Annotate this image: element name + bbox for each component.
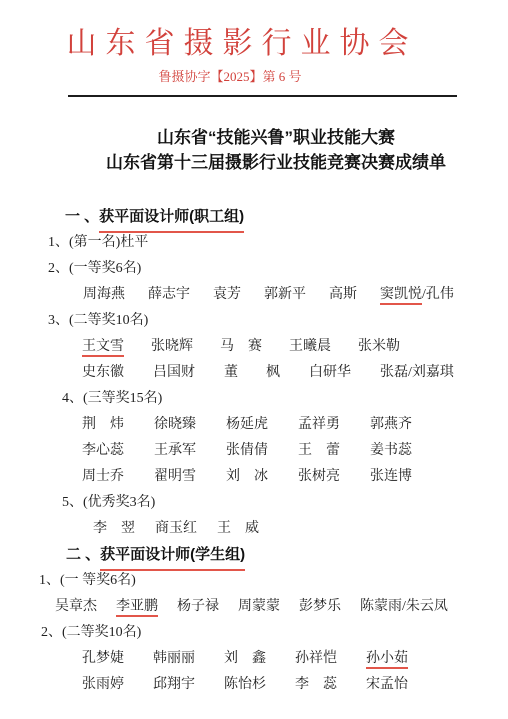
section-heading-title: 获平面设计师(职工组) [99, 204, 244, 233]
doc-title-line1: 山东省“技能兴鲁”职业技能大赛 [44, 125, 508, 150]
name-text: 姜书蕊 [370, 443, 412, 458]
winner-name: 刘 鑫 [224, 646, 266, 672]
award-group-label: 2、(二等奖10名) [0, 620, 508, 646]
winner-name: 王 威 [217, 516, 259, 542]
org-title: 山东省摄影行业协会 [0, 26, 508, 62]
winner-name: 袁芳 [213, 282, 241, 308]
name-text: 荆 炜 [82, 417, 124, 432]
winner-name: 张连博 [370, 464, 412, 490]
winner-row: 李心蕊王承军张倩倩王 蕾姜书蕊 [0, 438, 508, 464]
name-text: 陈怡杉 [224, 677, 266, 692]
award-group-text: 4、(三等奖15名) [62, 386, 162, 412]
winner-name: 吕国财 [153, 360, 195, 386]
award-group-label: 1、(一 等奖6名) [0, 568, 508, 594]
name-text: 白研华 [309, 365, 351, 380]
name-text: 徐晓臻 [154, 417, 196, 432]
winner-name: 周海燕 [83, 282, 125, 308]
name-text: 董 枫 [224, 365, 280, 380]
name-text: 王 蕾 [298, 443, 340, 458]
winner-name: 张倩倩 [226, 438, 268, 464]
award-group-text: 1、(一 等奖6名) [39, 568, 136, 594]
award-group-text: 1、(第一名)杜平 [48, 230, 148, 256]
name-text: 张晓辉 [151, 339, 193, 354]
winner-name: 郭燕齐 [370, 412, 412, 438]
name-text: 陈蒙雨/朱云凤 [360, 599, 448, 614]
winner-name: 杨延虎 [226, 412, 268, 438]
underlined-name: 李亚鹏 [116, 599, 158, 617]
winner-name: 张晓辉 [151, 334, 193, 360]
winner-row: 史东徽吕国财董 枫白研华张磊/刘嘉琪 [0, 360, 508, 386]
winner-name: 白研华 [309, 360, 351, 386]
name-text: 李 翌 [93, 521, 135, 536]
winner-name: 商玉红 [155, 516, 197, 542]
name-text: 杨子禄 [177, 599, 219, 614]
winner-name: 周士乔 [82, 464, 124, 490]
section-heading-number: 二 、 [66, 542, 100, 568]
winner-name: 张树亮 [298, 464, 340, 490]
name-text: /孔伟 [422, 287, 454, 302]
winner-name: 陈蒙雨/朱云凤 [360, 594, 448, 620]
name-text: 周蒙蒙 [238, 599, 280, 614]
winner-name: 薛志宇 [148, 282, 190, 308]
winner-name: 史东徽 [82, 360, 124, 386]
name-text: 彭梦乐 [299, 599, 341, 614]
results-body: 一 、获平面设计师(职工组)1、(第一名)杜平2、(一等奖6名)周海燕薛志宇袁芳… [0, 204, 508, 698]
winner-name: 王 蕾 [298, 438, 340, 464]
name-text: 2、(一等奖6名) [48, 261, 141, 276]
section-heading-title: 获平面设计师(学生组) [100, 542, 245, 571]
name-text: 薛志宇 [148, 287, 190, 302]
name-text: 王 威 [217, 521, 259, 536]
name-text: 袁芳 [213, 287, 241, 302]
name-text: 张连博 [370, 469, 412, 484]
section-heading: 二 、获平面设计师(学生组) [0, 542, 508, 568]
winner-name: 孙小茹 [366, 646, 408, 672]
winner-name: 王承军 [154, 438, 196, 464]
winner-row: 吴章杰李亚鹏杨子禄周蒙蒙彭梦乐陈蒙雨/朱云凤 [0, 594, 508, 620]
name-text: 杨延虎 [226, 417, 268, 432]
name-text: 邱翔宇 [153, 677, 195, 692]
winner-name: 彭梦乐 [299, 594, 341, 620]
winner-row: 周海燕薛志宇袁芳郭新平高斯窦凯悦/孔伟 [0, 282, 508, 308]
name-text: 1、(一 等奖6名) [39, 573, 136, 588]
name-text: 史东徽 [82, 365, 124, 380]
name-text: 孟祥勇 [298, 417, 340, 432]
winner-row: 荆 炜徐晓臻杨延虎孟祥勇郭燕齐 [0, 412, 508, 438]
winner-name: 姜书蕊 [370, 438, 412, 464]
award-group-label: 1、(第一名)杜平 [0, 230, 508, 256]
winner-name: 宋孟怡 [366, 672, 408, 698]
winner-name: 高斯 [329, 282, 357, 308]
winner-name: 董 枫 [224, 360, 280, 386]
award-group-text: 3、(二等奖10名) [48, 308, 148, 334]
name-text: 郭新平 [264, 287, 306, 302]
name-text: 王承军 [154, 443, 196, 458]
winner-row: 孔梦婕韩丽丽刘 鑫孙祥恺孙小茹 [0, 646, 508, 672]
winner-row: 周士乔翟明雪刘 冰张树亮张连博 [0, 464, 508, 490]
name-text: 周海燕 [83, 287, 125, 302]
winner-name: 张米勒 [358, 334, 400, 360]
name-text: 李心蕊 [82, 443, 124, 458]
winner-name: 张磊/刘嘉琪 [380, 360, 454, 386]
name-text: 李 蕊 [295, 677, 337, 692]
award-group-text: 5、(优秀奖3名) [62, 490, 155, 516]
winner-name: 韩丽丽 [153, 646, 195, 672]
winner-row: 李 翌商玉红王 威 [0, 516, 508, 542]
winner-name: 陈怡杉 [224, 672, 266, 698]
award-group-label: 4、(三等奖15名) [0, 386, 508, 412]
underlined-name: 王文雪 [82, 339, 124, 357]
name-text: 吕国财 [153, 365, 195, 380]
name-text: 吴章杰 [55, 599, 97, 614]
winner-name: 李心蕊 [82, 438, 124, 464]
winner-name: 王文雪 [82, 334, 124, 360]
name-text: 高斯 [329, 287, 357, 302]
winner-name: 邱翔宇 [153, 672, 195, 698]
name-text: 张倩倩 [226, 443, 268, 458]
award-group-label: 5、(优秀奖3名) [0, 490, 508, 516]
winner-name: 翟明雪 [154, 464, 196, 490]
winner-name: 马 赛 [220, 334, 262, 360]
name-text: 韩丽丽 [153, 651, 195, 666]
award-group-text: 2、(一等奖6名) [48, 256, 141, 282]
winner-name: 周蒙蒙 [238, 594, 280, 620]
winner-name: 李 蕊 [295, 672, 337, 698]
winner-name: 王曦晨 [289, 334, 331, 360]
name-text: 3、(二等奖10名) [48, 313, 148, 328]
name-text: 4、(三等奖15名) [62, 391, 162, 406]
doc-number: 鲁摄协字【2025】第 6 号 [0, 68, 508, 86]
section-heading: 一 、获平面设计师(职工组) [0, 204, 508, 230]
winner-name: 李 翌 [93, 516, 135, 542]
underlined-name: 孙小茹 [366, 651, 408, 669]
name-text: 王曦晨 [289, 339, 331, 354]
winner-name: 荆 炜 [82, 412, 124, 438]
name-text: 孙祥恺 [295, 651, 337, 666]
name-text: 张雨婷 [82, 677, 124, 692]
winner-name: 李亚鹏 [116, 594, 158, 620]
award-group-text: 2、(二等奖10名) [41, 620, 141, 646]
name-text: 郭燕齐 [370, 417, 412, 432]
name-text: 宋孟怡 [366, 677, 408, 692]
name-text: 2、(二等奖10名) [41, 625, 141, 640]
document-page: 山东省摄影行业协会 鲁摄协字【2025】第 6 号 山东省“技能兴鲁”职业技能大… [0, 0, 508, 719]
winner-name: 徐晓臻 [154, 412, 196, 438]
name-text: 张米勒 [358, 339, 400, 354]
name-text: 1、(第一名)杜平 [48, 235, 148, 250]
winner-name: 孔梦婕 [82, 646, 124, 672]
name-text: 张磊/刘嘉琪 [380, 365, 454, 380]
doc-title-line2: 山东省第十三届摄影行业技能竞赛决赛成绩单 [44, 150, 508, 175]
doc-title: 山东省“技能兴鲁”职业技能大赛 山东省第十三届摄影行业技能竞赛决赛成绩单 [0, 125, 508, 175]
name-text: 商玉红 [155, 521, 197, 536]
winner-name: 郭新平 [264, 282, 306, 308]
award-group-label: 3、(二等奖10名) [0, 308, 508, 334]
winner-row: 王文雪张晓辉马 赛王曦晨张米勒 [0, 334, 508, 360]
name-text: 张树亮 [298, 469, 340, 484]
winner-name: 孙祥恺 [295, 646, 337, 672]
name-text: 刘 鑫 [224, 651, 266, 666]
winner-name: 刘 冰 [226, 464, 268, 490]
name-text: 5、(优秀奖3名) [62, 495, 155, 510]
name-text: 刘 冰 [226, 469, 268, 484]
section-heading-number: 一 、 [65, 204, 99, 230]
winner-row: 张雨婷邱翔宇陈怡杉李 蕊宋孟怡 [0, 672, 508, 698]
winner-name: 张雨婷 [82, 672, 124, 698]
winner-name: 孟祥勇 [298, 412, 340, 438]
name-text: 孔梦婕 [82, 651, 124, 666]
header-divider [68, 95, 457, 97]
award-group-label: 2、(一等奖6名) [0, 256, 508, 282]
winner-name: 窦凯悦/孔伟 [380, 282, 454, 308]
winner-name: 杨子禄 [177, 594, 219, 620]
underlined-name: 窦凯悦 [380, 287, 422, 305]
name-text: 马 赛 [220, 339, 262, 354]
name-text: 翟明雪 [154, 469, 196, 484]
winner-name: 吴章杰 [55, 594, 97, 620]
name-text: 周士乔 [82, 469, 124, 484]
